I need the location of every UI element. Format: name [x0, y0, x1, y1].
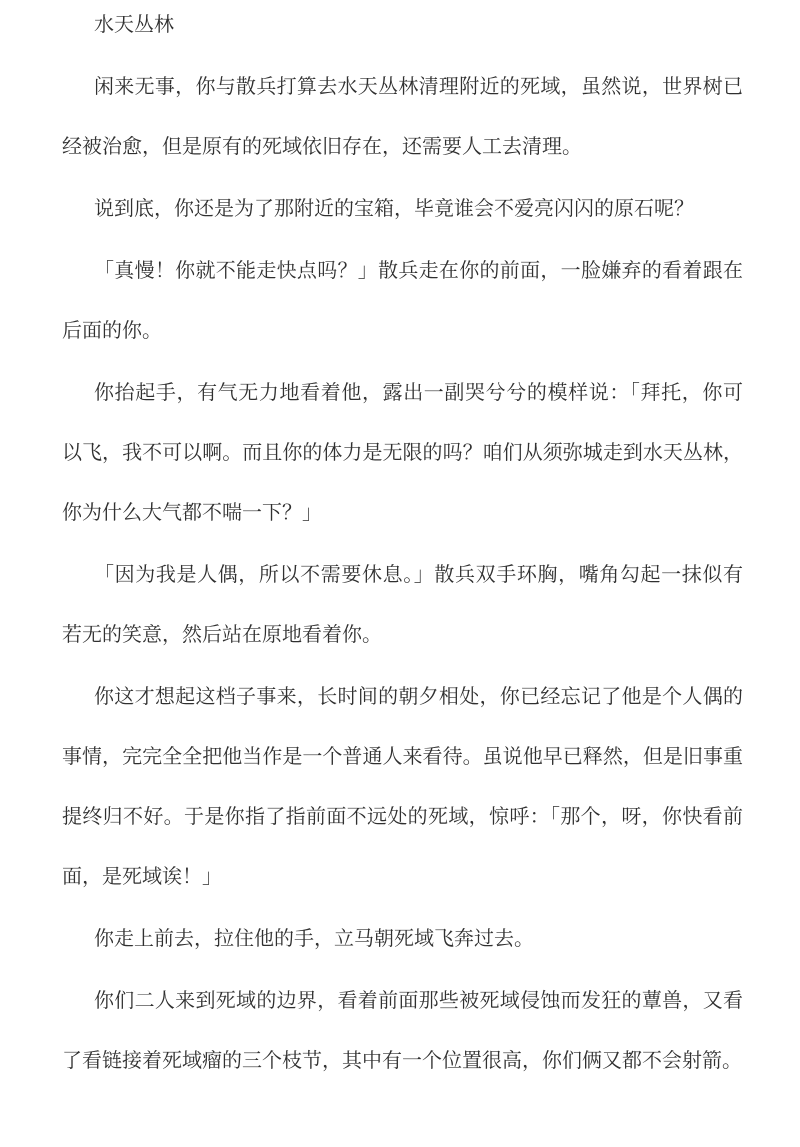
paragraph: 「真慢！你就不能走快点吗？」散兵走在你的前面，一脸嫌弃的看着跟在后面的你。	[62, 241, 743, 361]
paragraph: 「因为我是人偶，所以不需要休息。」散兵双手环胸，嘴角勾起一抹似有若无的笑意，然后…	[62, 545, 743, 665]
paragraph: 你走上前去，拉住他的手，立马朝死域飞奔过去。	[62, 909, 743, 969]
paragraph: 你们二人来到死域的边界，看着前面那些被死域侵蚀而发狂的蕈兽，又看了看链接着死域瘤…	[62, 971, 743, 1091]
paragraph: 说到底，你还是为了那附近的宝箱，毕竟谁会不爱亮闪闪的原石呢？	[62, 179, 743, 239]
reader-page: 水天丛林 闲来无事，你与散兵打算去水天丛林清理附近的死域，虽然说，世界树已经被治…	[0, 0, 800, 1091]
paragraph: 你这才想起这档子事来，长时间的朝夕相处，你已经忘记了他是个人偶的事情，完完全全把…	[62, 667, 743, 907]
paragraph: 闲来无事，你与散兵打算去水天丛林清理附近的死域，虽然说，世界树已经被治愈，但是原…	[62, 57, 743, 177]
paragraph: 你抬起手，有气无力地看着他，露出一副哭兮兮的模样说：「拜托，你可以飞，我不可以啊…	[62, 363, 743, 543]
chapter-title: 水天丛林	[62, 0, 743, 55]
